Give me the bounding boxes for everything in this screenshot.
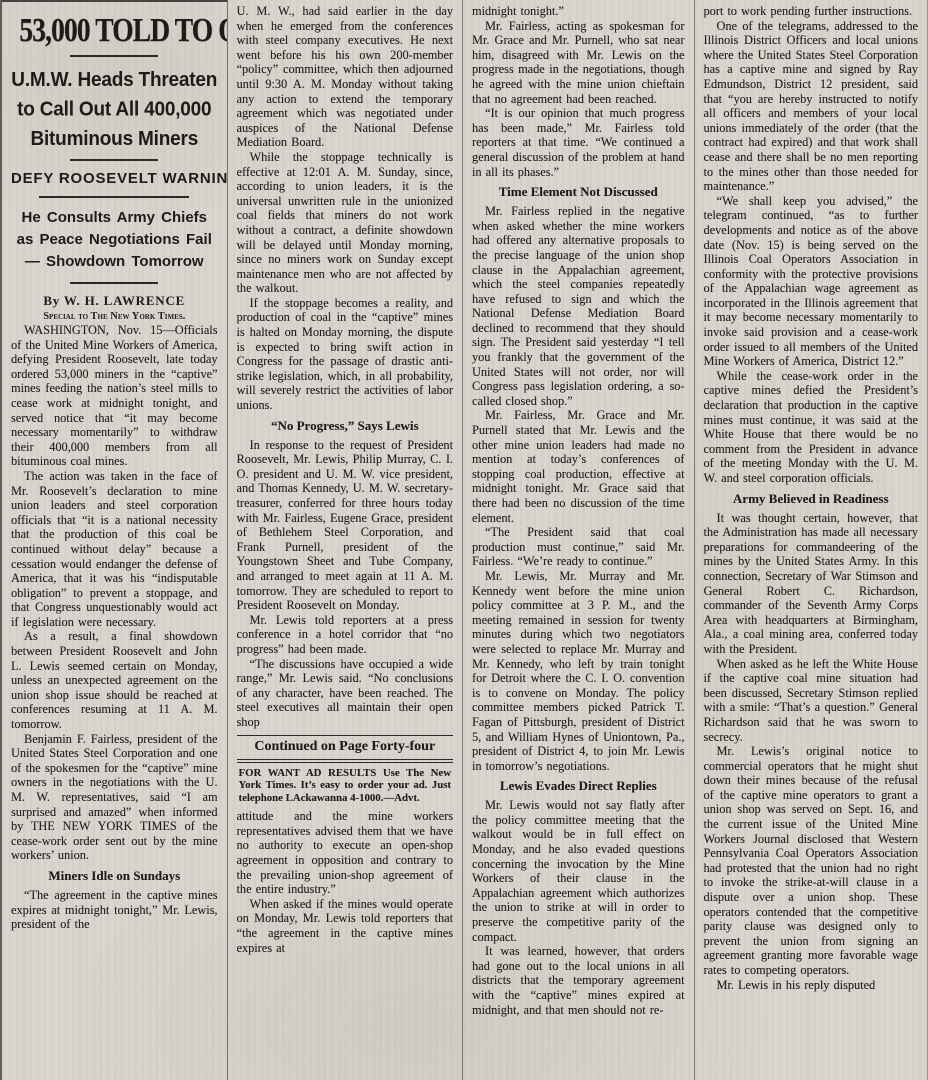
section-subhead: Lewis Evades Direct Replies <box>472 778 685 794</box>
headline-deck: U.M.W. Heads Threaten to Call Out All 40… <box>11 66 218 154</box>
article-column-4: port to work pending further instruction… <box>695 0 928 1080</box>
article-paragraph: One of the telegrams, addressed to the I… <box>704 19 919 194</box>
article-paragraph: Mr. Fairless replied in the negative whe… <box>472 204 685 408</box>
article-paragraph: Mr. Lewis in his reply disputed <box>704 978 919 993</box>
article-paragraph: “It is our opinion that much progress ha… <box>472 106 685 179</box>
article-paragraph: While the cease-work order in the captiv… <box>704 369 919 486</box>
article-paragraph: Benjamin F. Fairless, president of the U… <box>11 732 218 863</box>
article-paragraph: “We shall keep you advised,” the telegra… <box>704 194 919 369</box>
article-paragraph: WASHINGTON, Nov. 15—Officials of the Uni… <box>11 323 218 469</box>
article-paragraph: The action was taken in the face of Mr. … <box>11 469 218 630</box>
article-paragraph: As a result, a final showdown between Pr… <box>11 629 218 731</box>
credit-line: Special to The New York Times. <box>11 311 218 322</box>
column-1-body: WASHINGTON, Nov. 15—Officials of the Uni… <box>11 323 218 932</box>
main-headline: 53,000 TOLD TO QUIT <box>19 12 209 50</box>
article-paragraph: It was learned, however, that orders had… <box>472 944 685 1017</box>
article-column-2: U. M. W., had said earlier in the day wh… <box>228 0 463 1080</box>
article-paragraph: If the stoppage becomes a reality, and p… <box>237 296 453 413</box>
headline-block: 53,000 TOLD TO QUIT U.M.W. Heads Threate… <box>11 12 218 322</box>
headline-rule <box>70 159 158 161</box>
article-paragraph: It was thought certain, however, that th… <box>704 511 919 657</box>
headline-rule <box>70 282 158 284</box>
article-paragraph: Mr. Lewis would not say flatly after the… <box>472 798 685 944</box>
byline: By W. H. LAWRENCE <box>11 293 218 309</box>
article-column-1: 53,000 TOLD TO QUIT U.M.W. Heads Threate… <box>2 0 228 1080</box>
article-paragraph: While the stoppage technically is effect… <box>237 150 453 296</box>
section-subhead: Time Element Not Discussed <box>472 184 685 200</box>
section-subhead: Miners Idle on Sundays <box>11 868 218 884</box>
headline-rule <box>39 196 189 198</box>
article-paragraph: “The agreement in the captive mines expi… <box>11 888 218 932</box>
article-paragraph: Mr. Lewis’s original notice to commercia… <box>704 744 919 978</box>
headline-rule <box>70 55 158 57</box>
newspaper-page: 53,000 TOLD TO QUIT U.M.W. Heads Threate… <box>0 0 928 1080</box>
article-paragraph: “The President said that coal production… <box>472 525 685 569</box>
article-paragraph: midnight tonight.” <box>472 4 685 19</box>
article-paragraph: port to work pending further instruction… <box>704 4 919 19</box>
article-paragraph: attitude and the mine workers representa… <box>237 809 453 897</box>
article-paragraph: Mr. Fairless, Mr. Grace and Mr. Purnell … <box>472 408 685 525</box>
want-ad-notice: FOR WANT AD RESULTS Use The New York Tim… <box>237 767 453 805</box>
section-subhead: Army Believed in Readiness <box>704 491 919 507</box>
article-paragraph: Mr. Fairless, acting as spokesman for Mr… <box>472 19 685 107</box>
article-paragraph: U. M. W., had said earlier in the day wh… <box>237 4 453 150</box>
column-4-body: port to work pending further instruction… <box>704 4 919 992</box>
article-column-3: midnight tonight.”Mr. Fairless, acting a… <box>463 0 695 1080</box>
continued-notice: Continued on Page Forty-four <box>237 735 453 763</box>
sub-deck: He Consults Army Chiefs as Peace Negotia… <box>11 207 218 273</box>
kicker-headline: DEFY ROOSEVELT WARNING <box>11 170 218 187</box>
article-paragraph: Mr. Lewis, Mr. Murray and Mr. Kennedy we… <box>472 569 685 773</box>
column-2-body: U. M. W., had said earlier in the day wh… <box>237 4 453 955</box>
article-paragraph: “The discussions have occupied a wide ra… <box>237 657 453 730</box>
article-paragraph: When asked if the mines would operate on… <box>237 897 453 955</box>
article-paragraph: Mr. Lewis told reporters at a press conf… <box>237 613 453 657</box>
article-paragraph: In response to the request of President … <box>237 438 453 613</box>
section-subhead: “No Progress,” Says Lewis <box>237 418 453 434</box>
article-paragraph: When asked as he left the White House if… <box>704 657 919 745</box>
column-3-body: midnight tonight.”Mr. Fairless, acting a… <box>472 4 685 1017</box>
